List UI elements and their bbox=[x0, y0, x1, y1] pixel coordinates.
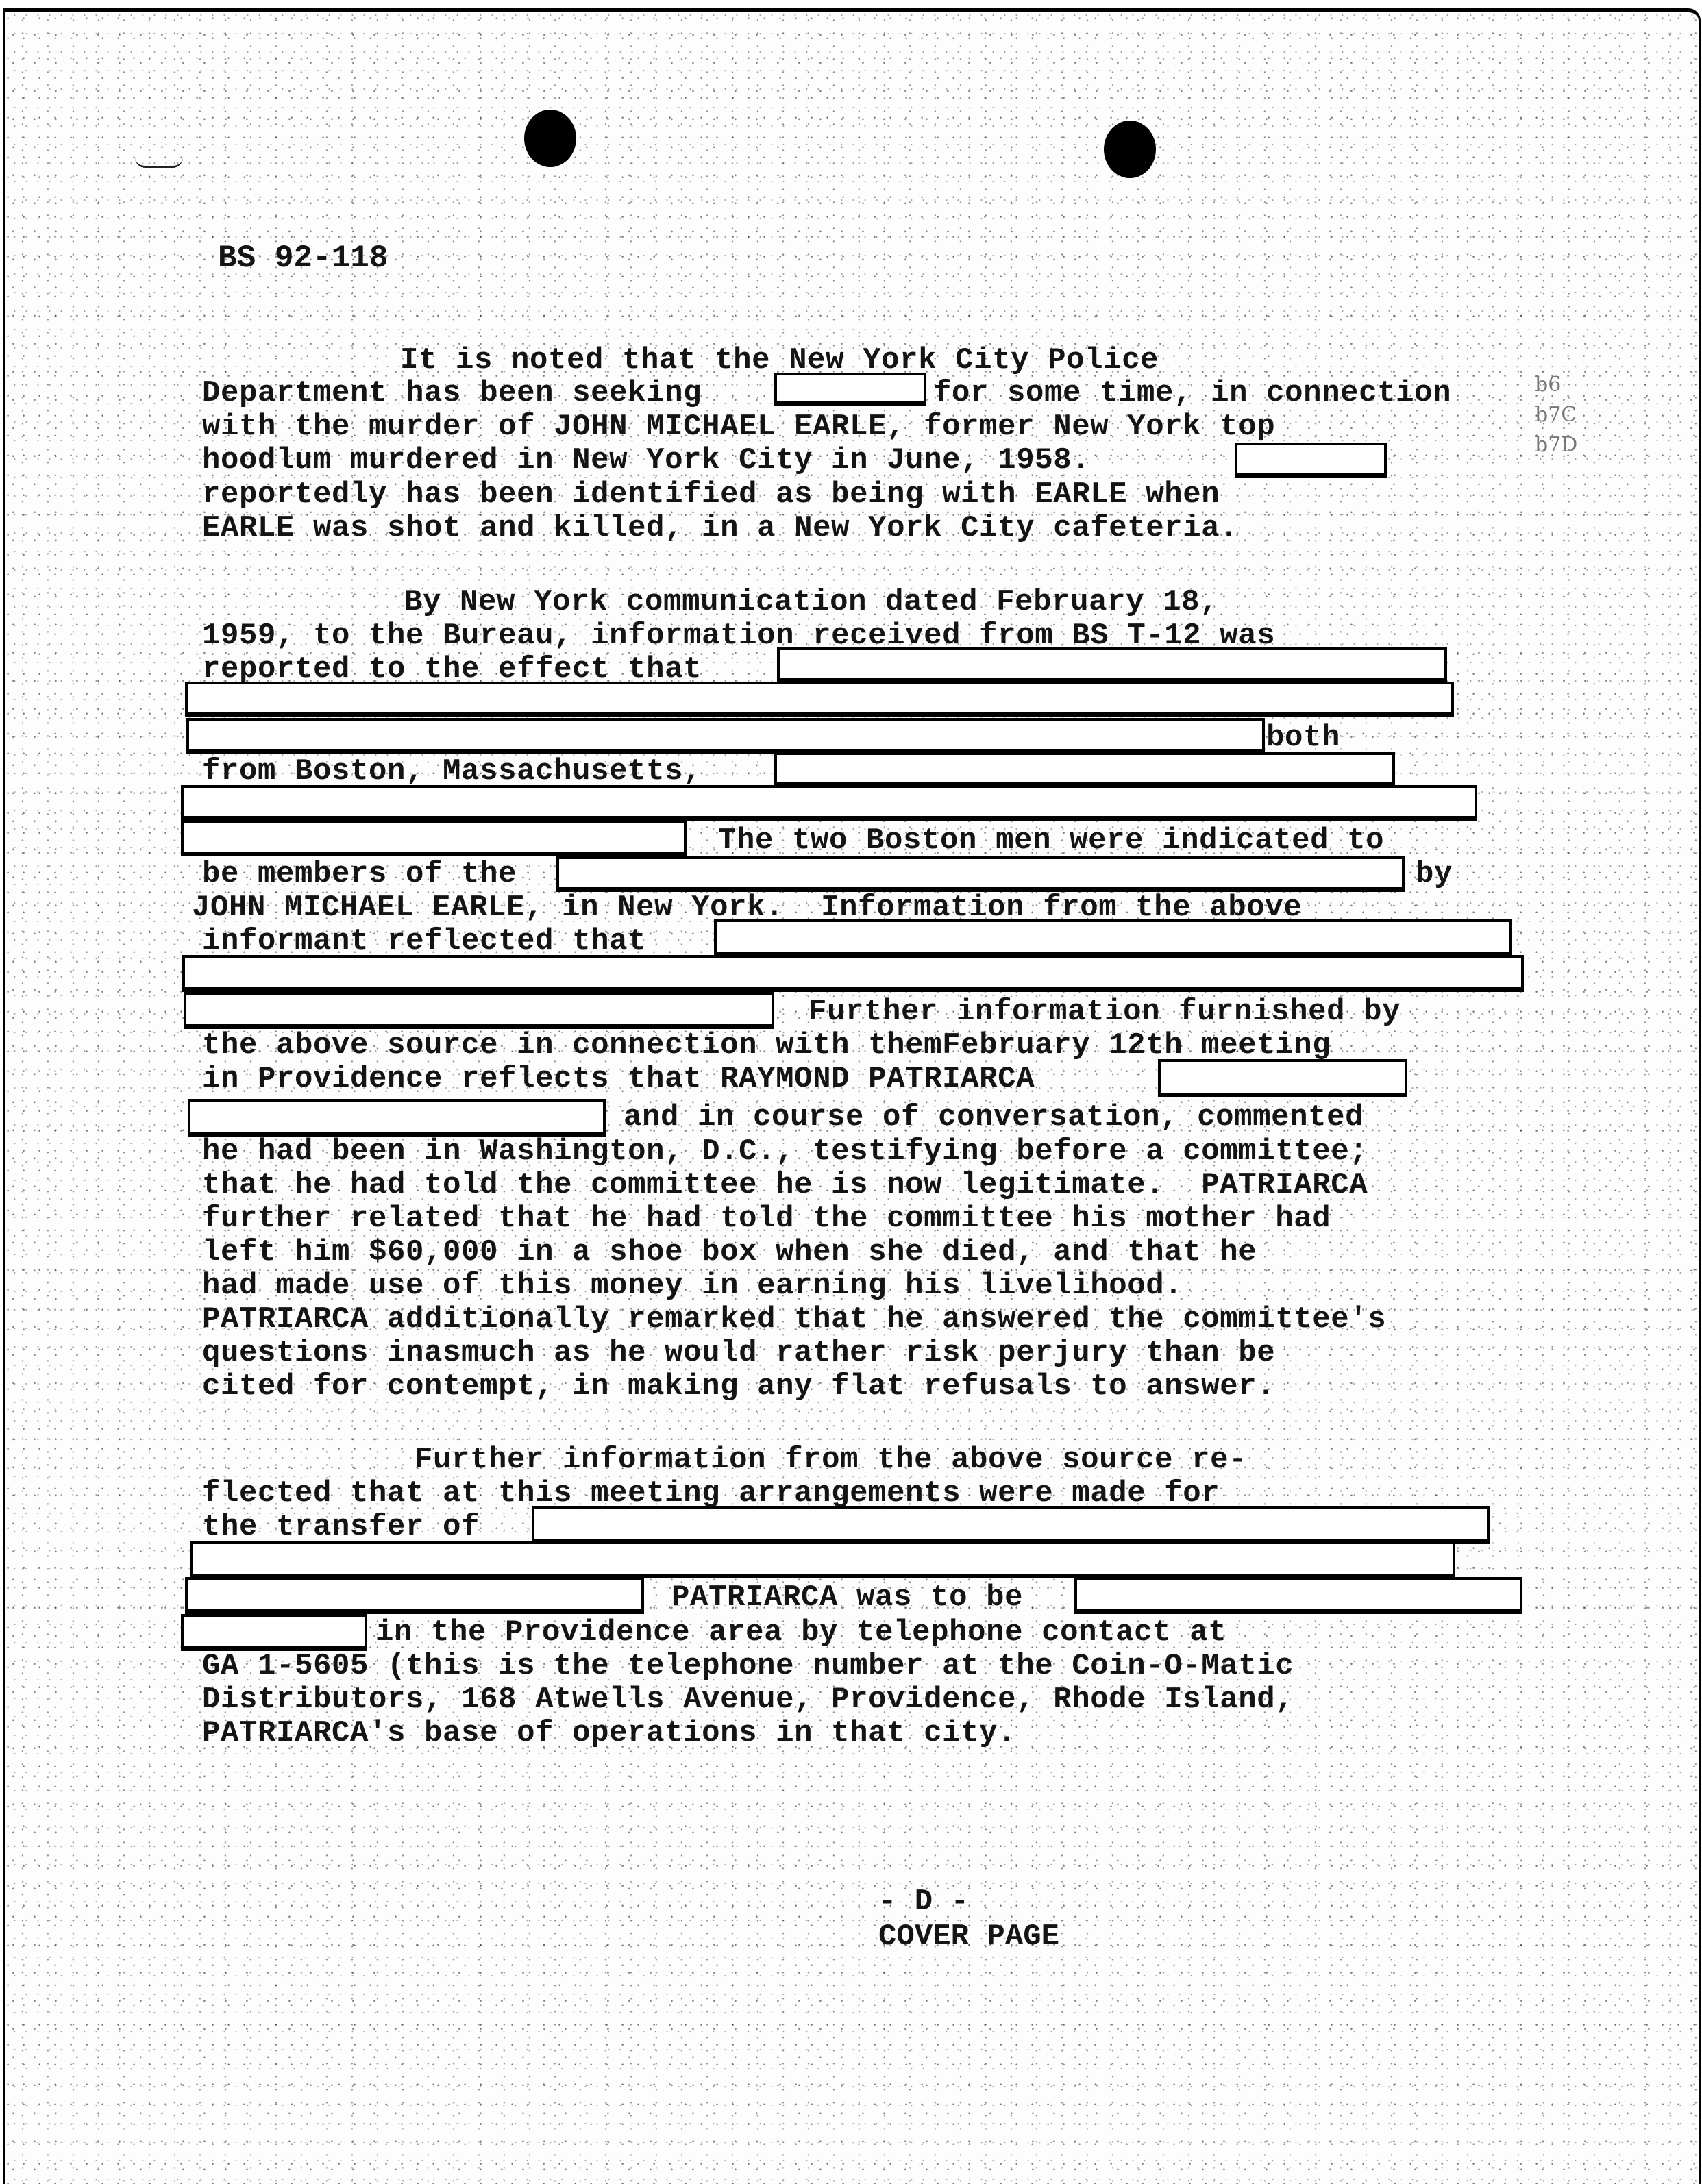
text-line: in the Providence area by telephone cont… bbox=[375, 1616, 1226, 1649]
text-line: informant reflected that bbox=[202, 925, 646, 958]
text-line: had made use of this money in earning hi… bbox=[202, 1269, 1183, 1302]
text-line: GA 1-5605 (this is the telephone number … bbox=[202, 1650, 1294, 1683]
document-page bbox=[3, 8, 1701, 2184]
text-line: the above source in connection with them… bbox=[202, 1029, 1331, 1062]
text-line: hoodlum murdered in New York City in Jun… bbox=[202, 444, 1090, 477]
text-line: the transfer of bbox=[202, 1511, 480, 1543]
text-line: cited for contempt, in making any flat r… bbox=[202, 1370, 1275, 1403]
text-line: both bbox=[1266, 721, 1340, 754]
page-letter: - D - bbox=[878, 1885, 969, 1918]
redaction-box bbox=[556, 856, 1405, 892]
text-line: with the murder of JOHN MICHAEL EARLE, f… bbox=[202, 410, 1275, 443]
text-line: flected that at this meeting arrangement… bbox=[202, 1477, 1220, 1510]
redaction-box bbox=[714, 919, 1512, 956]
cover-page-label: COVER PAGE bbox=[878, 1920, 1059, 1953]
pen-mark bbox=[135, 158, 183, 168]
text-line: It is noted that the New York City Polic… bbox=[400, 344, 1159, 377]
text-line: and in course of conversation, commented bbox=[624, 1101, 1364, 1134]
text-line: he had been in Washington, D.C., testify… bbox=[202, 1135, 1368, 1168]
redaction-box bbox=[182, 955, 1524, 992]
punch-hole-left bbox=[524, 110, 576, 167]
redaction-box bbox=[1074, 1577, 1522, 1614]
redaction-box bbox=[190, 1541, 1455, 1578]
text-line: EARLE was shot and killed, in a New York… bbox=[202, 512, 1238, 545]
redaction-box bbox=[777, 647, 1447, 683]
redaction-box bbox=[185, 1577, 644, 1614]
text-line: left him $60,000 in a shoe box when she … bbox=[202, 1236, 1257, 1269]
text-line: PATRIARCA's base of operations in that c… bbox=[202, 1717, 1016, 1750]
text-line: PATRIARCA was to be bbox=[671, 1581, 1023, 1614]
text-line: Department has been seeking bbox=[202, 377, 702, 410]
redaction-box bbox=[185, 682, 1454, 717]
redaction-box bbox=[181, 821, 687, 856]
text-line: questions inasmuch as he would rather ri… bbox=[202, 1337, 1275, 1369]
redaction-box bbox=[184, 992, 774, 1029]
punch-hole-right bbox=[1104, 121, 1156, 178]
exemption-code-b6: b6 bbox=[1535, 370, 1561, 400]
text-line: PATRIARCA additionally remarked that he … bbox=[202, 1303, 1386, 1336]
exemption-code-b7d: b7D bbox=[1535, 430, 1577, 460]
redaction-box bbox=[186, 718, 1265, 754]
text-line: reportedly has been identified as being … bbox=[202, 478, 1220, 511]
file-number: BS 92-118 bbox=[218, 241, 388, 275]
redaction-box bbox=[532, 1506, 1490, 1544]
text-line: from Boston, Massachusetts, bbox=[202, 755, 702, 788]
text-line: for some time, in connection bbox=[933, 377, 1451, 410]
redaction-box bbox=[181, 1614, 367, 1651]
redaction-box bbox=[188, 1099, 606, 1137]
redaction-box bbox=[774, 752, 1395, 786]
text-line: be members of the bbox=[202, 858, 517, 891]
exemption-code-b7c: b7C bbox=[1535, 400, 1577, 430]
text-line: in Providence reflects that RAYMOND PATR… bbox=[202, 1063, 1035, 1095]
text-line: The two Boston men were indicated to bbox=[718, 824, 1384, 857]
text-line: by bbox=[1416, 858, 1453, 891]
text-line: By New York communication dated February… bbox=[404, 586, 1218, 619]
redaction-box bbox=[181, 785, 1477, 821]
text-line: further related that he had told the com… bbox=[202, 1202, 1331, 1235]
redaction-box bbox=[1235, 443, 1387, 478]
text-line: Further information furnished by bbox=[809, 995, 1401, 1028]
text-line: Further information from the above sourc… bbox=[415, 1443, 1247, 1476]
text-line: reported to the effect that bbox=[202, 653, 702, 686]
redaction-box bbox=[1158, 1059, 1407, 1097]
text-line: that he had told the committee he is now… bbox=[202, 1169, 1368, 1202]
redaction-box bbox=[774, 373, 926, 406]
text-line: Distributors, 168 Atwells Avenue, Provid… bbox=[202, 1683, 1294, 1716]
